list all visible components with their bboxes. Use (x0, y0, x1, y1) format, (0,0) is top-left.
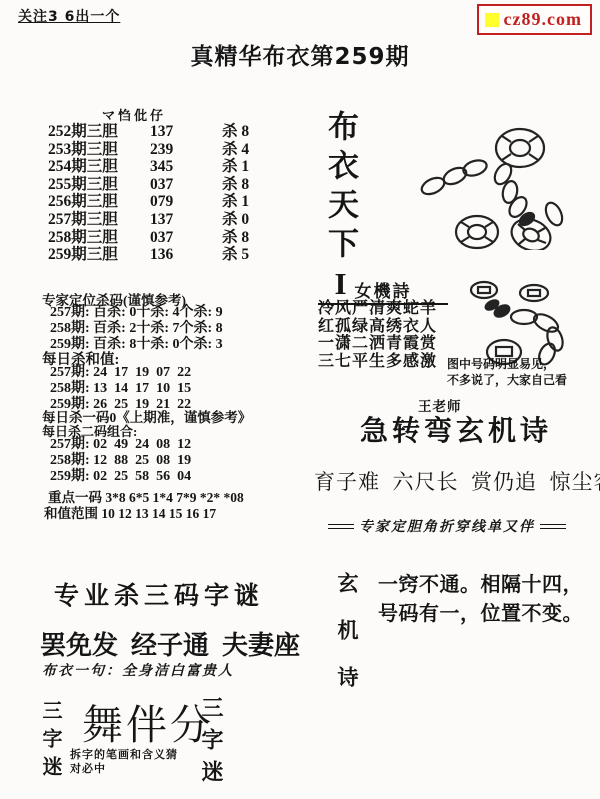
kill-number: 杀 1 (222, 193, 249, 211)
focus-note: 关注3 6出一个 (18, 6, 120, 26)
coin-chain-drawing-top (415, 110, 575, 250)
tridan-row: 259期三胆 136 杀 5 (48, 246, 249, 264)
daily-kill-two-rows: 257期: 02 49 24 08 12 258期: 12 88 25 08 1… (50, 437, 191, 485)
kill-position-row: 257期: 百杀: 0十杀: 4个杀: 9 (50, 305, 223, 321)
kill-number: 杀 1 (222, 158, 249, 176)
tridan-numbers: 239 (150, 141, 200, 159)
nvjishi-poem: 冷风严清爽蛇羊 红孤绿高绣衣人 一潇二洒青霞赏 三七平生多感激 (318, 300, 437, 370)
tridan-row: 254期三胆 345 杀 1 (48, 158, 249, 176)
nvjishi-poem-line: 三七平生多感激 (318, 353, 437, 371)
issue-label: 258期三胆 (48, 229, 138, 247)
kill-number: 杀 8 (222, 229, 249, 247)
issue-label: 259期三胆 (48, 246, 138, 264)
picture-note-line: 图中号码明显易见， (447, 357, 567, 373)
nvjishi-poem-line: 冷风严清爽蛇羊 (318, 300, 437, 318)
buyi-sentence: 布衣一句：全身洁白富贵人 (42, 660, 234, 680)
kill-three-title: 专业杀三码字谜 (28, 576, 290, 612)
three-char-riddle-label-left: 三字迷 (36, 700, 65, 799)
xuanji-poem-line: 一窍不通。相隔十四， (378, 571, 583, 600)
issue-label: 255期三胆 (48, 176, 138, 194)
tridan-numbers: 037 (150, 176, 200, 194)
tridan-numbers: 137 (150, 211, 200, 229)
tridan-numbers: 345 (150, 158, 200, 176)
expert-divider: 专家定胆角折穿线单又伴 (328, 516, 584, 536)
issue-label: 256期三胆 (48, 193, 138, 211)
kill-number: 杀 5 (222, 246, 249, 264)
divider-text: 专家定胆角折穿线单又伴 (359, 516, 535, 536)
issue-label: 253期三胆 (48, 141, 138, 159)
tridan-row: 253期三胆 239 杀 4 (48, 141, 249, 159)
tridan-numbers: 079 (150, 193, 200, 211)
nvjishi-poem-line: 红孤绿高绣衣人 (318, 318, 437, 336)
kill-number: 杀 8 (222, 123, 249, 141)
kill-position-row: 258期: 百杀: 2十杀: 7个杀: 8 (50, 321, 223, 337)
divider-rule-right (540, 524, 566, 529)
sum-range-line: 和值范围 10 12 13 14 15 16 17 (44, 502, 216, 522)
riddle-hint-line: 对必中 (70, 762, 178, 776)
site-badge-text: cz89.com (504, 9, 582, 30)
tridan-row: 258期三胆 037 杀 8 (48, 229, 249, 247)
issue-label: 254期三胆 (48, 158, 138, 176)
riddle-line: 罢免发 经子通 夫妻座 (40, 625, 300, 662)
xuanji-poem-line: 号码有一，位置不变。 (378, 600, 583, 629)
daily-kill-two-row: 257期: 02 49 24 08 12 (50, 437, 191, 453)
tridan-row: 252期三胆 137 杀 8 (48, 123, 249, 141)
riddle-hint: 拆字的笔画和含义猜 对必中 (70, 748, 178, 776)
xuanji-poem: 一窍不通。相隔十四， 号码有一，位置不变。 (378, 571, 583, 629)
three-char-riddle-label-right: 三字迷 (196, 696, 227, 799)
sharp-turn-poem-line: 育子难 六尺长 赏仍追 惊尘客 (314, 466, 600, 496)
buyi-sheet-page: 关注3 6出一个 cz89.com 真精华布衣第259期 マ㤘仳仔 252期三胆… (0, 0, 600, 799)
kill-number: 杀 0 (222, 211, 249, 229)
tridan-list-header: マ㤘仳仔 (102, 105, 166, 124)
kill-number: 杀 4 (222, 141, 249, 159)
tridan-list: 252期三胆 137 杀 8 253期三胆 239 杀 4 254期三胆 345… (48, 123, 249, 264)
daily-kill-two-row: 259期: 02 25 58 56 04 (50, 469, 191, 485)
divider-rule-left (328, 524, 354, 529)
tridan-numbers: 037 (150, 229, 200, 247)
riddle-hint-line: 拆字的笔画和含义猜 (70, 748, 178, 762)
kill-number: 杀 8 (222, 176, 249, 194)
picture-note-line: 不多说了，大家自己看 (447, 373, 567, 389)
daily-kill-two-row: 258期: 12 88 25 08 19 (50, 453, 191, 469)
nvjishi-poem-line: 一潇二洒青霞赏 (318, 335, 437, 353)
kill-position-rows: 257期: 百杀: 0十杀: 4个杀: 9 258期: 百杀: 2十杀: 7个杀… (50, 305, 223, 353)
picture-note: 图中号码明显易见， 不多说了，大家自己看 (447, 357, 567, 388)
tridan-numbers: 136 (150, 246, 200, 264)
page-title: 真精华布衣第259期 (0, 38, 600, 71)
tridan-numbers: 137 (150, 123, 200, 141)
xuanji-poem-vertical-label: 玄机诗 (332, 572, 362, 792)
tridan-row: 255期三胆 037 杀 8 (48, 176, 249, 194)
daily-kill-sum-row: 257期: 24 17 19 07 22 (50, 365, 191, 381)
daily-kill-sum-row: 258期: 13 14 17 10 15 (50, 381, 191, 397)
issue-label: 252期三胆 (48, 123, 138, 141)
tridan-row: 256期三胆 079 杀 1 (48, 193, 249, 211)
tridan-row: 257期三胆 137 杀 0 (48, 211, 249, 229)
yellow-square-icon (485, 13, 499, 27)
three-char-riddle-word: 舞伴分 (82, 692, 214, 751)
issue-label: 257期三胆 (48, 211, 138, 229)
coin-chain-drawing-middle (462, 276, 577, 368)
sharp-turn-poem-title: 急转弯玄机诗 (328, 409, 584, 449)
site-badge: cz89.com (477, 4, 592, 35)
